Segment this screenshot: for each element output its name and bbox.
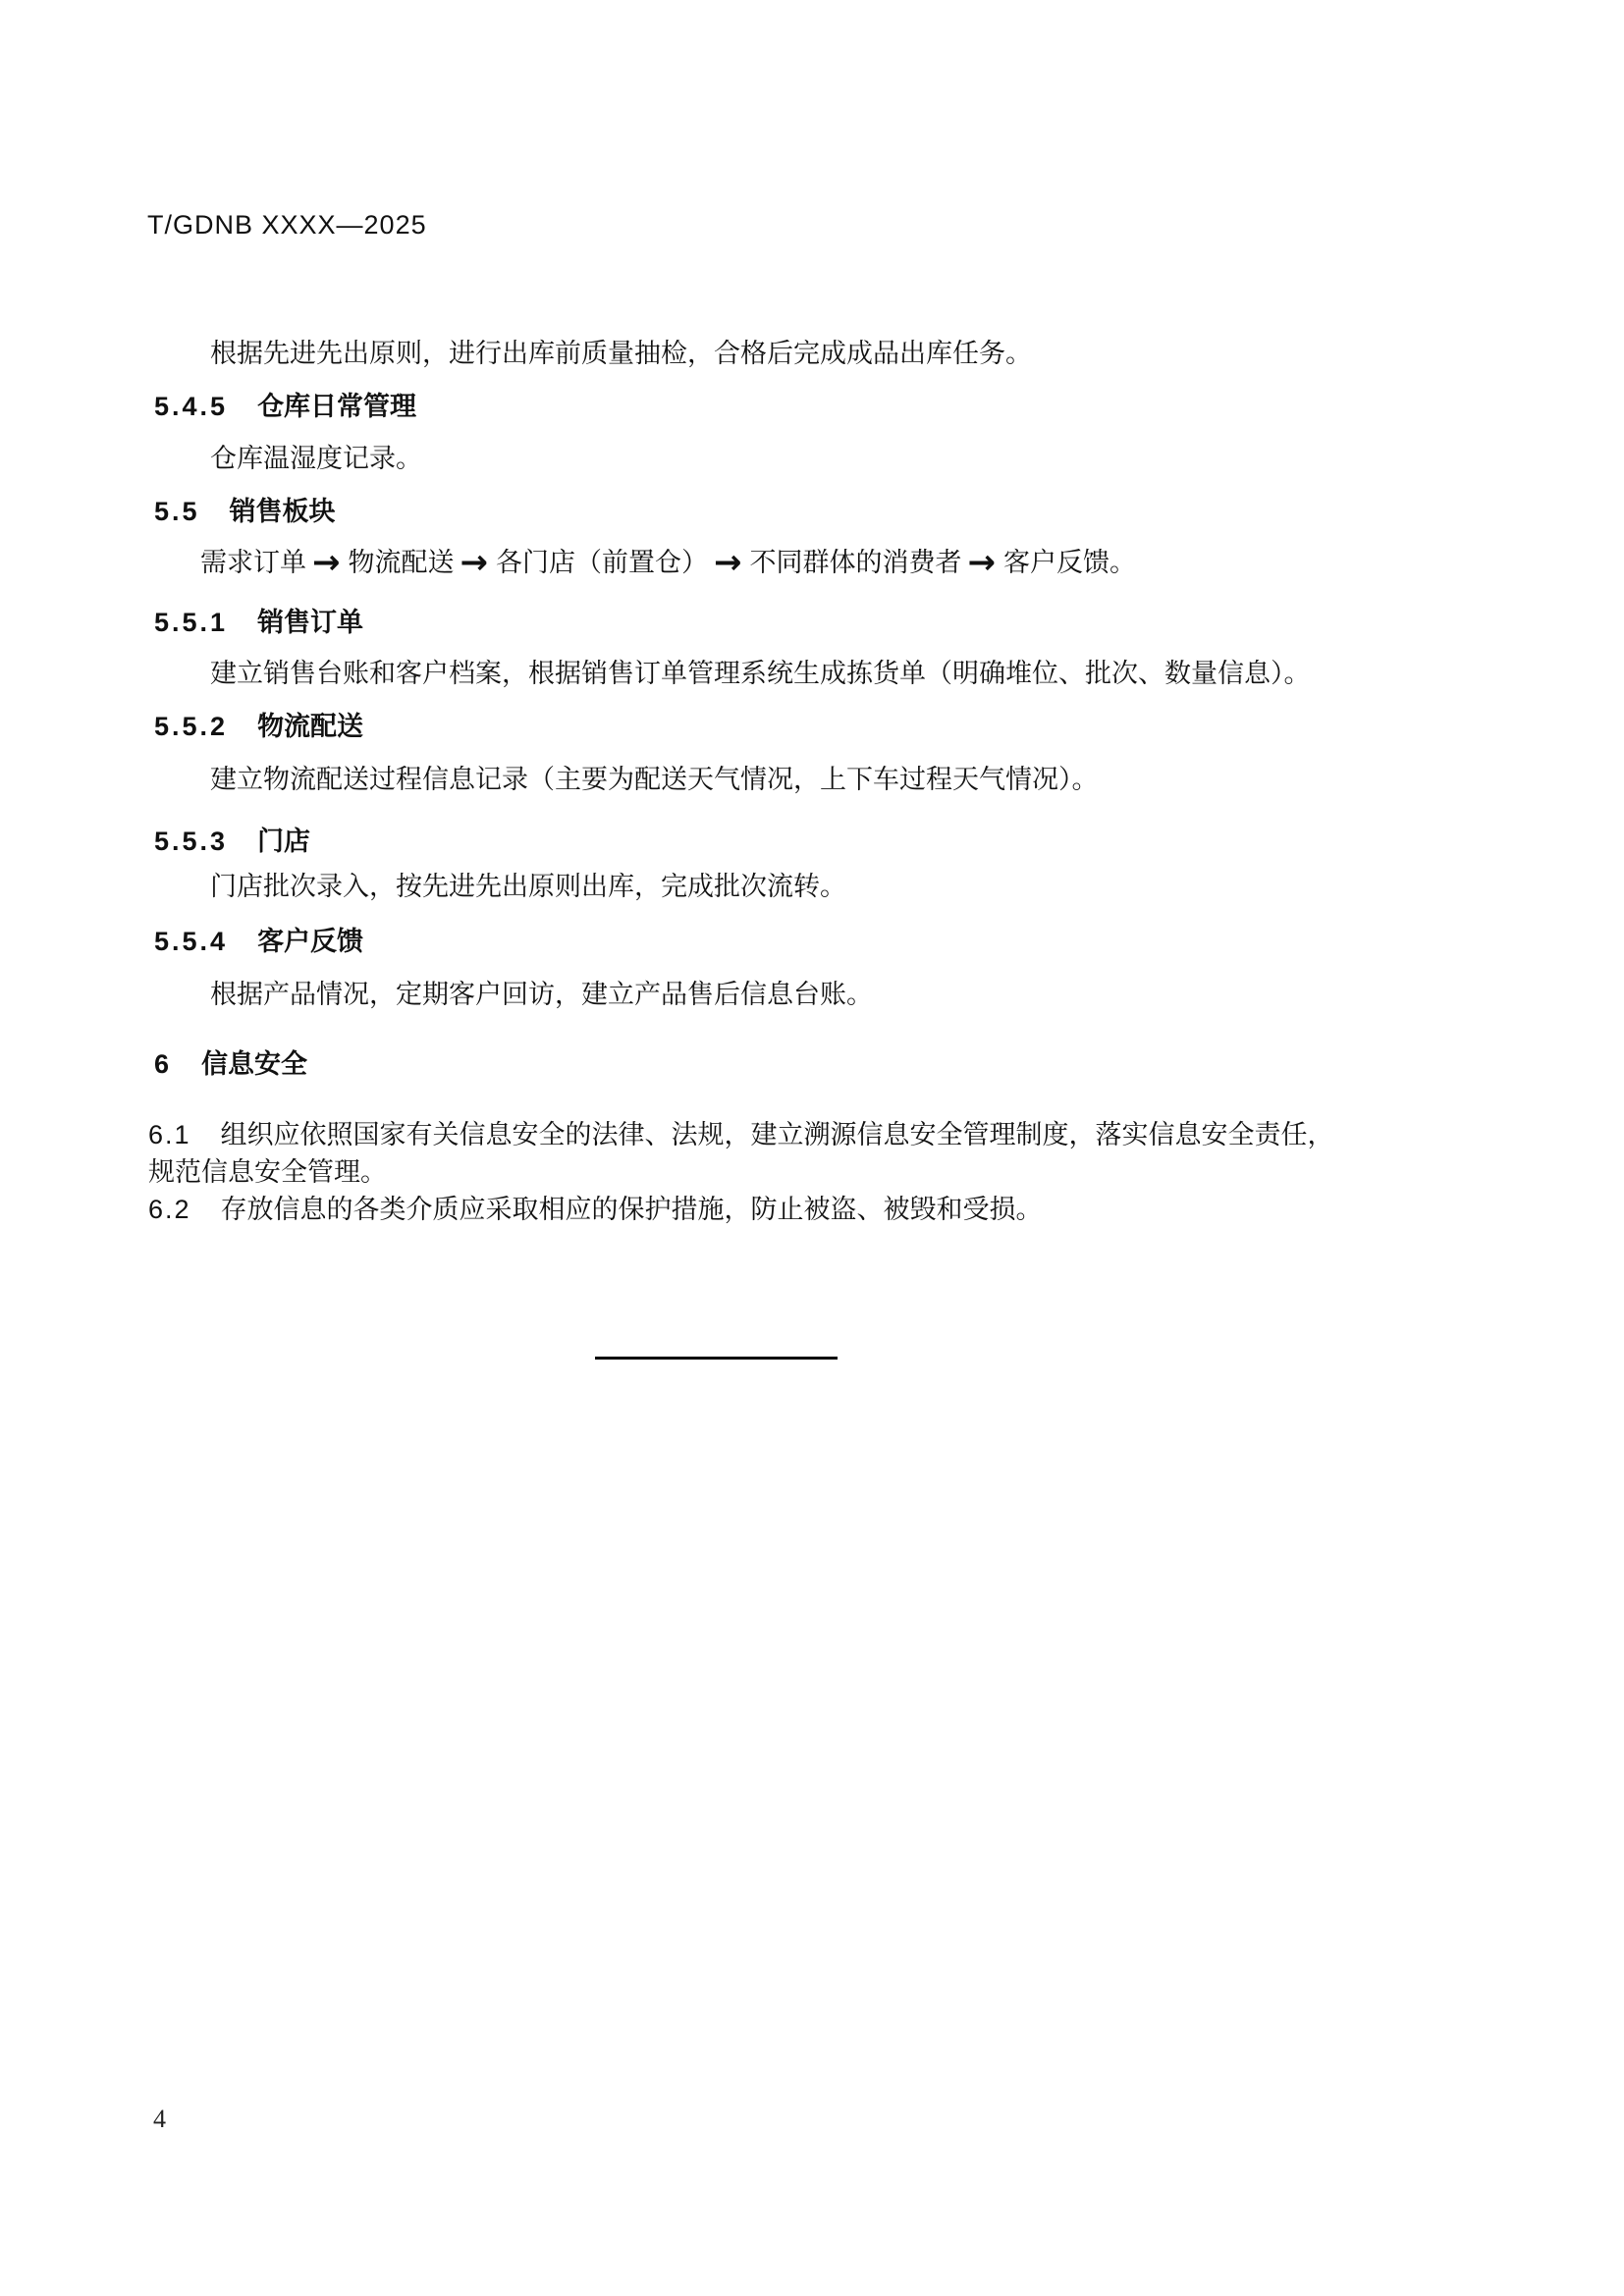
- clause-number: 6.1: [148, 1120, 191, 1149]
- paragraph-logistics: 建立物流配送过程信息记录（主要为配送天气情况，上下车过程天气情况）。: [210, 758, 1099, 796]
- paragraph-outbound-rule: 根据先进先出原则，进行出库前质量抽检，合格后完成成品出库任务。: [210, 332, 1032, 370]
- clause-text: 组织应依照国家有关信息安全的法律、法规，建立溯源信息安全管理制度，落实信息安全责…: [221, 1120, 1334, 1149]
- heading-title: 门店: [257, 827, 310, 856]
- flow-segment: 物流配送: [349, 548, 455, 577]
- paragraph-store: 门店批次录入，按先进先出原则出库，完成批次流转。: [210, 865, 846, 903]
- heading-title: 销售板块: [230, 497, 336, 526]
- heading-title: 销售订单: [257, 608, 363, 637]
- flow-segment: 客户反馈。: [1003, 548, 1136, 577]
- heading-5-5-3: 5.5.3门店: [154, 820, 310, 858]
- page-number: 4: [153, 2105, 166, 2134]
- clause-text: 存放信息的各类介质应采取相应的保护措施，防止被盗、被毁和受损。: [221, 1195, 1043, 1224]
- paragraph-warehouse-daily: 仓库温湿度记录。: [210, 437, 422, 475]
- paragraph-sales-order: 建立销售台账和客户档案，根据销售订单管理系统生成拣货单（明确堆位、批次、数量信息…: [210, 652, 1311, 690]
- heading-5-5-2: 5.5.2物流配送: [154, 705, 363, 743]
- heading-title: 仓库日常管理: [257, 392, 416, 421]
- heading-title: 物流配送: [257, 712, 363, 741]
- heading-number: 6: [154, 1049, 172, 1079]
- paragraph-customer-feedback: 根据产品情况，定期客户回访，建立产品售后信息台账。: [210, 973, 873, 1011]
- heading-5-5-1: 5.5.1销售订单: [154, 601, 363, 639]
- heading-title: 客户反馈: [257, 927, 363, 956]
- heading-5-5-4: 5.5.4客户反馈: [154, 920, 363, 958]
- right-arrow-icon: →: [460, 550, 489, 576]
- heading-5-5: 5.5销售板块: [154, 490, 336, 528]
- heading-6: 6信息安全: [154, 1042, 307, 1081]
- flow-segment: 各门店（前置仓）: [496, 548, 708, 577]
- clause-6-1-line-2: 规范信息安全管理。: [148, 1150, 387, 1189]
- heading-number: 5.4.5: [154, 392, 228, 421]
- clause-number: 6.2: [148, 1195, 191, 1224]
- right-arrow-icon: →: [714, 550, 742, 576]
- heading-number: 5.5.4: [154, 927, 228, 956]
- end-of-text-divider: [595, 1357, 838, 1360]
- flow-segment: 需求订单: [200, 548, 306, 577]
- clause-6-1-line-1: 6.1组织应依照国家有关信息安全的法律、法规，建立溯源信息安全管理制度，落实信息…: [148, 1113, 1334, 1151]
- right-arrow-icon: →: [968, 550, 997, 576]
- heading-title: 信息安全: [201, 1049, 307, 1079]
- heading-number: 5.5.3: [154, 827, 228, 856]
- right-arrow-icon: →: [312, 550, 341, 576]
- heading-5-4-5: 5.4.5仓库日常管理: [154, 385, 416, 423]
- heading-number: 5.5.2: [154, 712, 228, 741]
- heading-number: 5.5.1: [154, 608, 228, 637]
- flow-segment: 不同群体的消费者: [750, 548, 962, 577]
- sales-flow-line: 需求订单→物流配送→各门店（前置仓）→不同群体的消费者→客户反馈。: [200, 541, 1136, 579]
- document-page: T/GDNB XXXX—2025 根据先进先出原则，进行出库前质量抽检，合格后完…: [0, 0, 1624, 2296]
- heading-number: 5.5: [154, 497, 200, 526]
- clause-6-2: 6.2存放信息的各类介质应采取相应的保护措施，防止被盗、被毁和受损。: [148, 1188, 1043, 1226]
- document-header: T/GDNB XXXX—2025: [147, 210, 427, 240]
